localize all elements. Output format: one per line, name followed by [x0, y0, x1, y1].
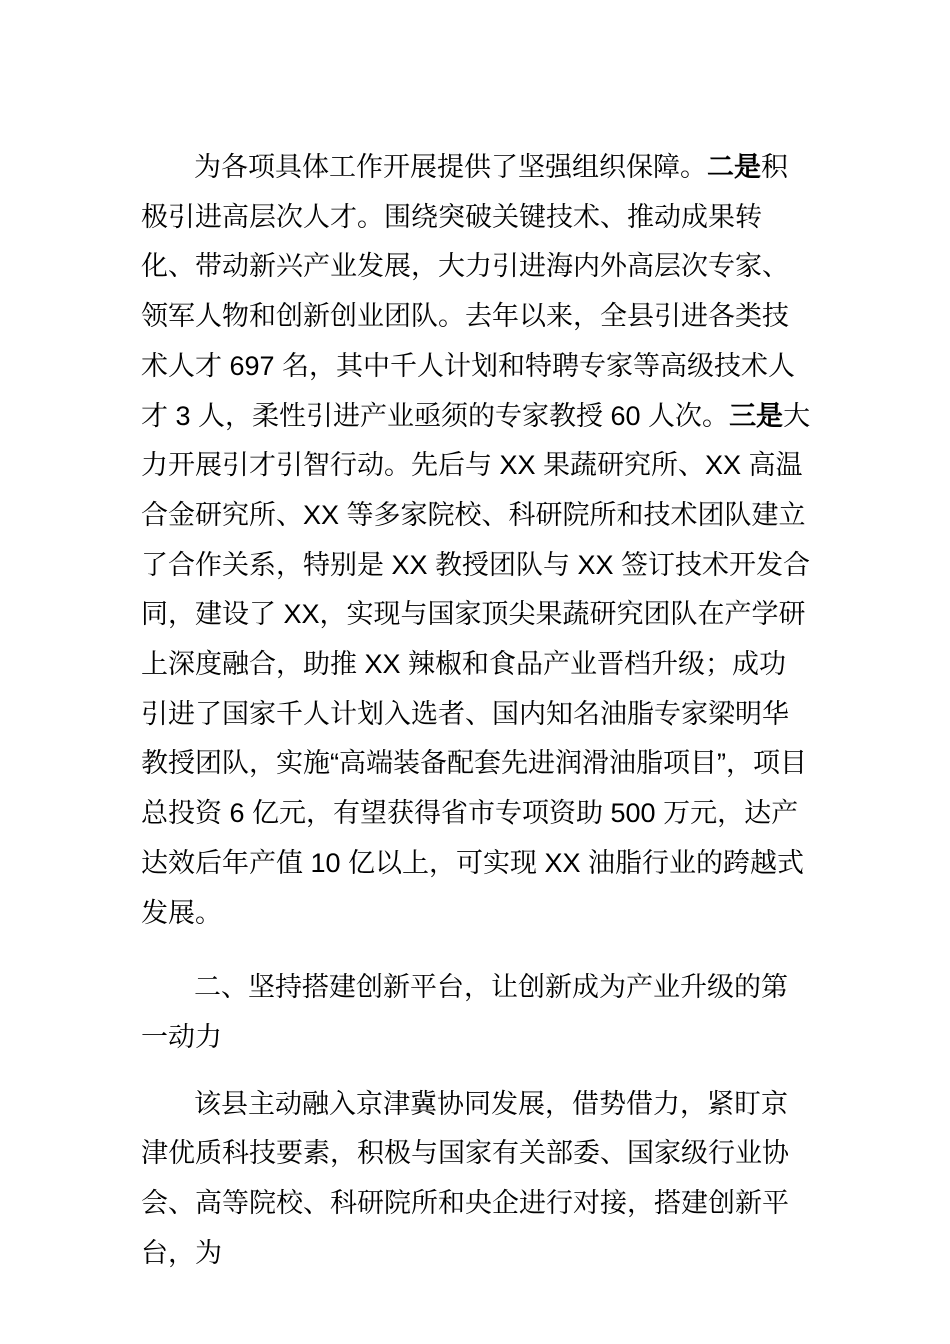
bold-text-run: 三是: [729, 401, 783, 431]
bold-text-run: 二是: [707, 152, 761, 182]
document-page: 为各项具体工作开展提供了坚强组织保障。二是积极引进高层次人才。围绕突破关键技术、…: [0, 0, 950, 1344]
text-run: 二、坚持搭建创新平台，让创新成为产业升级的第一动力: [141, 972, 788, 1052]
text-run: 为各项具体工作开展提供了坚强组织保障。: [194, 152, 707, 182]
text-run: 积极引进高层次人才。围绕突破关键技术、推动成果转化、带动新兴产业发展，大力引进海…: [141, 152, 795, 431]
text-run: 该县主动融入京津冀协同发展，借势借力，紧盯京津优质科技要素，积极与国家有关部委、…: [141, 1089, 789, 1268]
section-heading: 二、坚持搭建创新平台，让创新成为产业升级的第一动力: [141, 963, 813, 1062]
paragraph: 为各项具体工作开展提供了坚强组织保障。二是积极引进高层次人才。围绕突破关键技术、…: [141, 143, 813, 938]
text-run: 大力开展引才引智行动。先后与 XX 果蔬研究所、XX 高温合金研究所、XX 等多…: [141, 401, 810, 928]
paragraph: 该县主动融入京津冀协同发展，借势借力，紧盯京津优质科技要素，积极与国家有关部委、…: [141, 1080, 813, 1279]
document-body: 为各项具体工作开展提供了坚强组织保障。二是积极引进高层次人才。围绕突破关键技术、…: [141, 143, 813, 1278]
